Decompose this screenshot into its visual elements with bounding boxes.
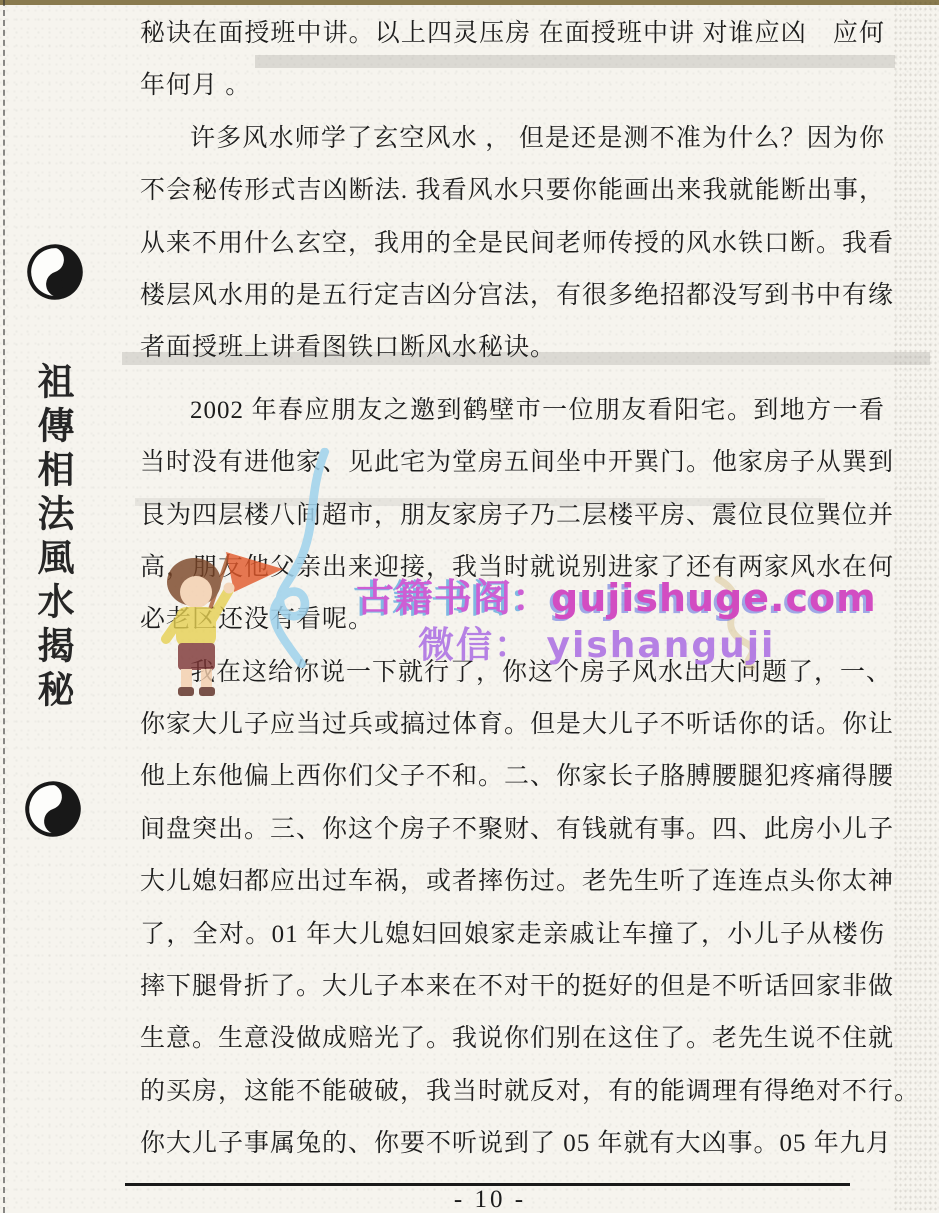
scanned-book-page: 祖傳相法風水揭秘 秘诀在面授班中讲。以上四灵压房 在面授班中讲 对谁应凶 应何 … [0,0,939,1213]
text-line: 者面授班上讲看图铁口断风水秘诀。 [140,322,885,374]
text-line: 的买房，这能不能破破，我当时就反对，有的能调理有得绝对不行。 [140,1066,885,1118]
text-line: 年何月 。 [140,60,885,112]
text-line: 楼层风水用的是五行定吉凶分宫法，有很多绝招都没写到书中有缘 [140,270,885,322]
text-line: 你大儿子事属兔的、你要不听说到了 05 年就有大凶事。05 年九月 [140,1118,885,1170]
sidebar-vertical-title: 祖傳相法風水揭秘 [26,362,80,732]
text-line: 间盘突出。三、你这个房子不聚财、有钱就有事。四、此房小儿子 [140,804,885,856]
watermark-site-domain: gujishuge.com [551,576,877,620]
text-line: 生意。生意没做成赔光了。我说你们别在这住了。老先生说不住就 [140,1013,885,1065]
text-line: 从来不用什么玄空，我用的全是民间老师传授的风水铁口断。我看 [140,218,885,270]
text-line: 他上东他偏上西你们父子不和。二、你家长子胳膊腰腿犯疼痛得腰 [140,751,885,803]
text-line: 秘诀在面授班中讲。以上四灵压房 在面授班中讲 对谁应凶 应何 [140,8,885,60]
watermark-site-line: 古籍书阁：gujishuge.com [356,567,877,622]
text-line: 你家大儿子应当过兵或搞过体育。但是大儿子不听话你的话。你让 [140,699,885,751]
mascot-illustration [150,543,302,703]
text-line: 摔下腿骨折了。大儿子本来在不对干的挺好的但是不听话回家非做 [140,961,885,1013]
yin-yang-icon [18,774,89,845]
left-edge-binding-line [3,0,5,1213]
text-line: 许多风水师学了玄空风水 ， 但是还是测不准为什么？因为你 [140,113,885,165]
right-margin-scan-noise [893,0,939,1213]
watermark-site-label: 古籍书阁： [356,576,551,620]
text-line: 大儿媳妇都应出过车祸，或者摔伤过。老先生听了连连点头你太神 [140,856,885,908]
text-line: 了，全对。01 年大儿媳妇回娘家走亲戚让车撞了，小儿子从楼伤 [140,909,885,961]
text-line: 不会秘传形式吉凶断法. 我看风水只要你能画出来我就能断出事， [140,165,885,217]
top-scan-bar [0,0,939,5]
text-line: 2002 年春应朋友之邀到鹤壁市一位朋友看阳宅。到地方一看 [140,385,885,437]
watermark-wechat-line: 微信： yishanguji [418,617,775,668]
yin-yang-icon [20,237,91,308]
page-number: - 10 - [380,1186,600,1213]
